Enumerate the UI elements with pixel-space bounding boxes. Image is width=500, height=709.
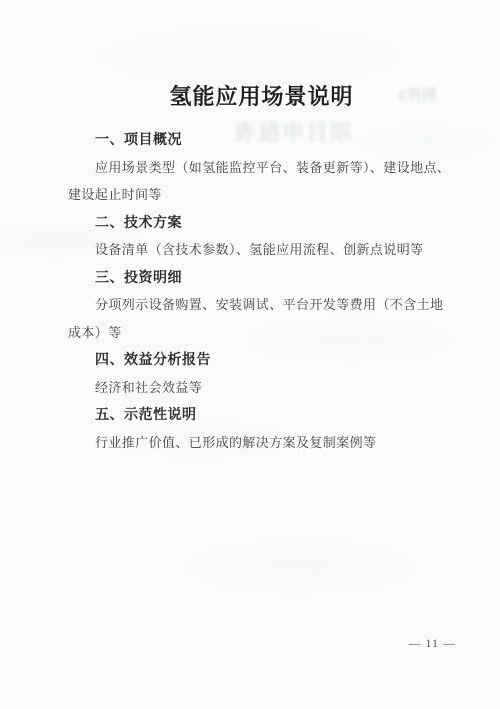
section-body-line: 行业推广价值、已形成的解决方案及复制案例等 [68,429,455,457]
section-body-line: 分项列示设备购置、安装调试、平台开发等费用（不含土地 [68,291,455,319]
page-number: — 11 — [408,636,456,651]
section-heading-4: 四、效益分析报告 [68,346,455,374]
section-body-line: 设备清单（含技术参数）、氢能应用流程、创新点说明等 [68,236,455,264]
section-body-line: 应用场景类型（如氢能监控平台、装备更新等）、建设地点、 [68,154,455,182]
scanned-document-page: 附件3 项目申报表 氢能应用场景说明 一、项目概况 应用场景类型（如氢能监控平台… [0,0,500,709]
section-body-line: 成本）等 [68,319,455,347]
section-body-line: 经济和社会效益等 [68,374,455,402]
document-body: 一、项目概况 应用场景类型（如氢能监控平台、装备更新等）、建设地点、 建设起止时… [68,126,455,456]
section-heading-2: 二、技术方案 [68,209,455,237]
document-title: 氢能应用场景说明 [68,80,455,114]
section-heading-1: 一、项目概况 [68,126,455,154]
section-heading-3: 三、投资明细 [68,264,455,292]
section-heading-5: 五、示范性说明 [68,401,455,429]
section-body-line: 建设起止时间等 [68,181,455,209]
page-content: 氢能应用场景说明 一、项目概况 应用场景类型（如氢能监控平台、装备更新等）、建设… [0,0,500,456]
